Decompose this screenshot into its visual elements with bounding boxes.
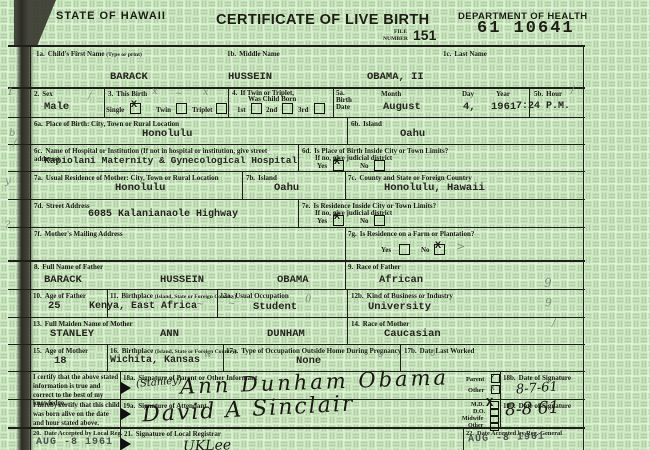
pencil-mark: 0 — [378, 350, 384, 360]
field-7c-label: 7c.County and State or Foreign Country — [348, 174, 472, 182]
2nd-label: 2nd — [266, 106, 277, 114]
parent-checkmark: ✓ — [491, 371, 496, 381]
margin-pencil-mark: 1 — [7, 87, 13, 98]
mother-island-value: Oahu — [274, 182, 299, 194]
father-race-value: African — [379, 274, 423, 286]
street-address-value: 6085 Kalanianaole Highway — [88, 209, 238, 220]
field-6b-label: 6b.Island — [351, 120, 382, 128]
other-smudge: x — [490, 383, 495, 393]
7g-yes-label: Yes — [381, 246, 391, 254]
pencil-mark: x — [152, 86, 158, 97]
field-13-label: 13.Full Maiden Name of Mother — [33, 320, 133, 328]
7e-no-checkbox — [374, 215, 385, 226]
day-header: Day — [462, 90, 474, 98]
7g-no-x: X — [435, 241, 441, 252]
year-header: Year — [496, 90, 510, 98]
date-signature-19b: 8-8 61 — [505, 398, 560, 421]
birth-hour-value: 7:24 P.M. — [516, 101, 570, 112]
field-2-label: 2.Sex — [34, 90, 53, 98]
pencil-mark: > — [456, 240, 465, 253]
birth-day-value: 4, — [463, 101, 476, 113]
file-number: 151 — [413, 27, 436, 43]
3rd-label: 3rd — [298, 106, 309, 114]
field-5b-label: 5b.Hour — [534, 90, 562, 98]
signature-arrow-icon — [121, 438, 131, 450]
reg-general-date-stamp: AUG -8 1961 — [468, 432, 545, 446]
7e-yes-label: Yes — [317, 217, 327, 225]
mother-city-value: Honolulu — [115, 182, 165, 194]
mother-last: DUNHAM — [267, 328, 305, 340]
field-9-label: 9.Race of Father — [348, 263, 401, 271]
pencil-mark: 0 — [305, 294, 311, 305]
1st-label: 1st — [237, 106, 246, 114]
parent-label: Parent — [466, 376, 484, 383]
6d-no-checkbox — [374, 160, 385, 171]
registrar-signature: UKLee — [183, 437, 232, 450]
twin-label: Twin — [156, 106, 171, 114]
triplet-checkbox — [216, 103, 227, 114]
midwife-label: Midwife — [462, 416, 483, 422]
margin-pencil-mark: y — [5, 176, 11, 187]
date-signature-18b: 8-7-61 — [516, 380, 559, 398]
other-label: Other — [468, 387, 484, 394]
field-4-label2: Was Child Born — [248, 95, 296, 103]
father-occupation-value: Student — [253, 301, 297, 313]
6d-yes-x: X — [334, 157, 340, 168]
father-last: OBAMA — [277, 274, 309, 286]
certificate-number: 61 10641 — [477, 19, 575, 38]
pencil-mark: ~ — [228, 299, 236, 309]
pencil-mark: ~ — [196, 299, 204, 310]
field-15-label: 15.Age of Mother — [33, 347, 88, 355]
6d-no-label: No — [360, 162, 369, 170]
father-middle: HUSSEIN — [160, 274, 204, 286]
pencil-mark: / — [571, 85, 574, 96]
birth-month-value: August — [383, 101, 421, 113]
3rd-checkbox — [314, 103, 325, 114]
field-1a-label: 1a.Child's First Name (Type or print) — [36, 50, 142, 58]
other-attendant-label: Other — [468, 423, 483, 429]
mother-age-value: 18 — [54, 355, 67, 367]
margin-pencil-mark: / — [13, 138, 16, 149]
2nd-checkbox — [282, 103, 293, 114]
attendant-signature: David A Sinclair — [141, 391, 355, 427]
field-3-label: 3.This Birth — [108, 90, 147, 98]
field-6a-label: 6a.Place of Birth: City, Town or Rural L… — [34, 120, 179, 128]
6d-yes-label: Yes — [317, 162, 327, 170]
pencil-mark: 9 — [545, 296, 552, 309]
field-17b-label: 17b.Date Last Worked — [404, 347, 474, 355]
do-label: D.O. — [473, 409, 485, 415]
field-20-label: 20.Date Accepted by Local Reg. — [33, 430, 122, 437]
father-first: BARACK — [44, 274, 82, 286]
occupation-pregnancy-value: None — [296, 355, 321, 367]
field-1c-label: 1c.Last Name — [443, 50, 487, 58]
field-16-label: 16.Birthplace (Island, State or Foreign … — [110, 347, 237, 355]
first-name-value: BARACK — [110, 71, 148, 83]
field-5a-title2: Date — [336, 103, 350, 111]
field-7d-label: 7d.Street Address — [34, 202, 90, 210]
mother-county-value: Honolulu, Hawaii — [384, 182, 485, 194]
field-7g-label: 7g.Is Residence on a Farm or Plantation? — [348, 230, 474, 238]
certification-statement-19: I hereby certify that this child was bor… — [33, 402, 121, 428]
field-7f-label: 7f.Mother's Mailing Address — [34, 230, 123, 238]
father-birthplace-value: Kenya, East Africa — [89, 301, 197, 312]
1st-checkbox — [251, 103, 262, 114]
md-label: M.D. — [471, 402, 484, 408]
field-17a-label: 17a.Type of Occupation Outside Home Duri… — [226, 347, 401, 355]
margin-pencil-mark: ? — [5, 220, 10, 231]
birth-certificate-document: STATE OF HAWAII CERTIFICATE OF LIVE BIRT… — [0, 0, 650, 450]
field-21-label: 21.Signature of Local Registrar — [124, 430, 221, 438]
single-label: Single — [106, 106, 124, 114]
father-industry-value: University — [368, 301, 431, 313]
single-check-x: X — [131, 100, 137, 111]
field-14-label: 14.Race of Mother — [351, 320, 409, 328]
birth-year-value: 1961 — [491, 101, 516, 113]
pencil-mark: / — [552, 318, 555, 329]
local-reg-date-stamp: AUG -8 1961 — [36, 437, 113, 448]
file-word: FILE — [394, 29, 407, 35]
mother-first: STANLEY — [50, 328, 94, 340]
pencil-mark: ~ — [175, 89, 183, 99]
field-11-label: 11.Birthplace (Island, State or Foreign … — [110, 292, 236, 300]
hospital-value: Kapiolani Maternity & Gynecological Hosp… — [44, 155, 297, 166]
mother-birthplace-value: Wichita, Kansas — [110, 355, 200, 366]
field-8-label: 8.Full Name of Father — [34, 263, 103, 271]
last-name-value: OBAMA, II — [367, 71, 424, 83]
field-12b-label: 12b.Kind of Business or Industry — [351, 292, 453, 300]
pencil-mark: / — [88, 92, 91, 102]
birth-island-value: Oahu — [400, 128, 425, 140]
field-7b-label: 7b.Island — [246, 174, 277, 182]
signature-arrow-icon — [121, 408, 131, 420]
mother-race-value: Caucasian — [384, 328, 441, 340]
field-7a-label: 7a.Usual Residence of Mother: City, Town… — [34, 174, 218, 182]
certificate-title: CERTIFICATE OF LIVE BIRTH — [216, 12, 430, 28]
triplet-label: Triplet — [192, 106, 212, 114]
pencil-mark: w — [204, 350, 212, 360]
7e-yes-x: X — [334, 212, 340, 223]
7g-yes-checkbox — [399, 244, 410, 255]
sex-value: Male — [44, 101, 69, 113]
7g-no-label: No — [421, 246, 430, 254]
pencil-mark: 0 — [430, 349, 436, 359]
signature-arrow-icon — [121, 382, 131, 394]
pencil-mark: x — [203, 87, 209, 98]
birth-city-value: Honolulu — [142, 128, 192, 140]
field-1b-label: 1b.Middle Name — [227, 50, 280, 58]
field-10-label: 10.Age of Father — [33, 292, 86, 300]
father-age-value: 25 — [48, 300, 61, 312]
middle-name-value: HUSSEIN — [228, 71, 272, 83]
pencil-mark: 9 — [544, 276, 552, 290]
mother-middle: ANN — [160, 328, 179, 340]
7e-no-label: No — [360, 217, 369, 225]
month-header: Month — [381, 90, 401, 98]
number-word: NUMBER — [383, 36, 408, 42]
twin-checkbox — [176, 103, 187, 114]
state-title: STATE OF HAWAII — [56, 10, 166, 22]
